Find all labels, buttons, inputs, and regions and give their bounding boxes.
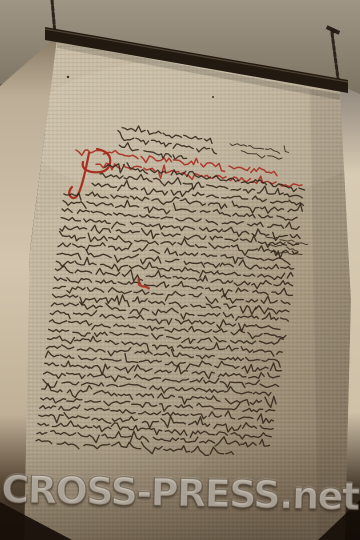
photo-medieval-manuscript-banner: CROSS-PRESS.net [0, 0, 360, 540]
watermark-text: CROSS-PRESS.net [0, 470, 360, 516]
photo-scene [0, 0, 360, 540]
